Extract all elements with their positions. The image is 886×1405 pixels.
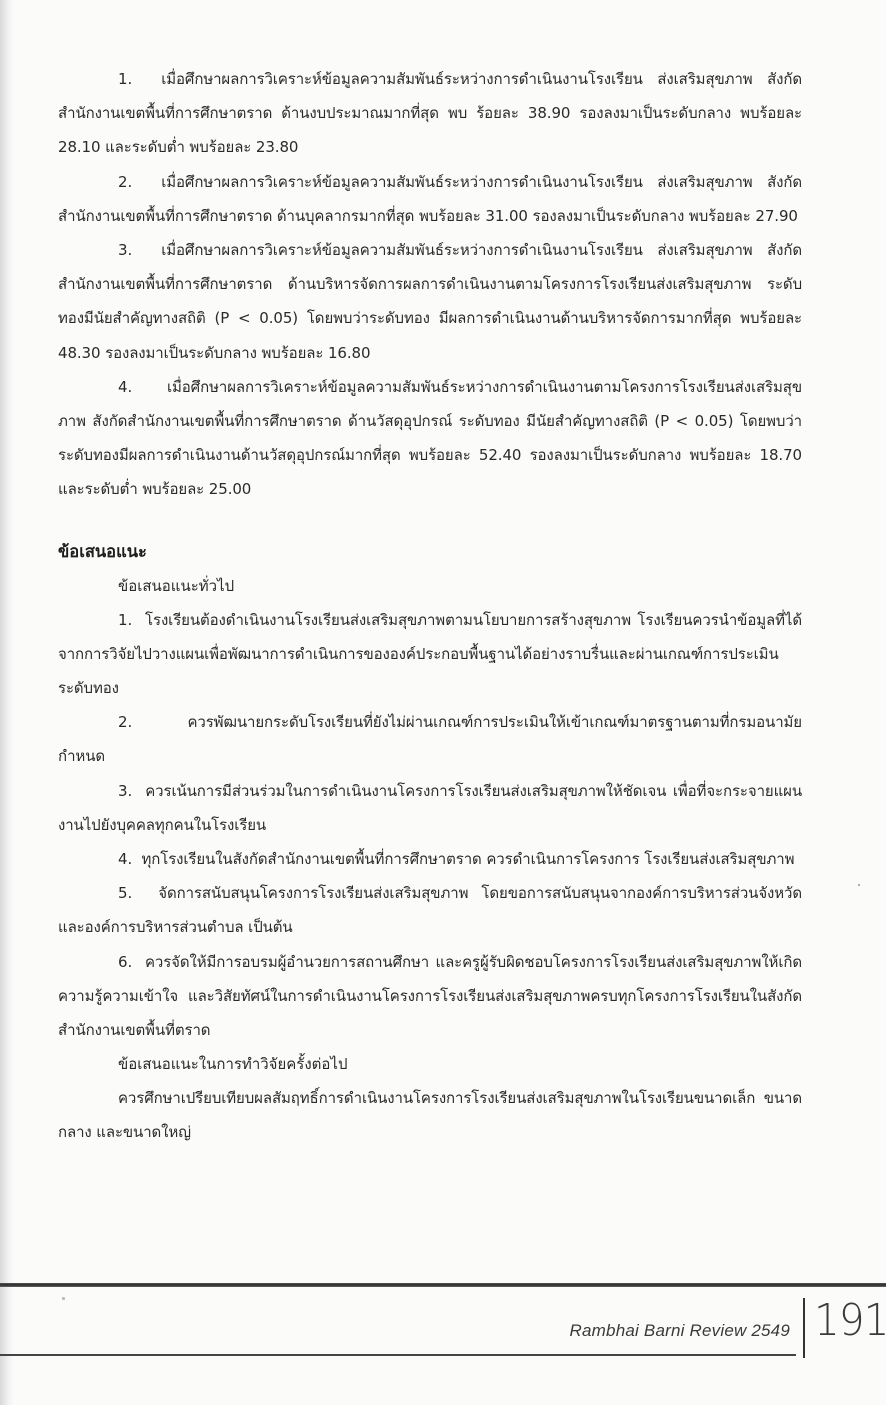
finding-number: 4.: [118, 378, 132, 396]
item-number: 1.: [118, 611, 132, 629]
finding-text: เมื่อศึกษาผลการวิเคราะห์ข้อมูลความสัมพัน…: [58, 378, 802, 499]
future-research-text: ควรศึกษาเปรียบเทียบผลสัมฤทธิ์การดำเนินงา…: [58, 1081, 802, 1149]
finding-paragraph-1: 1. เมื่อศึกษาผลการวิเคราะห์ข้อมูลความสัม…: [58, 62, 802, 165]
document-body: 1. เมื่อศึกษาผลการวิเคราะห์ข้อมูลความสัม…: [58, 62, 802, 1150]
recommendation-item-5: 5. จัดการสนับสนุนโครงการโรงเรียนส่งเสริม…: [58, 876, 802, 944]
scan-edge-shadow: [0, 0, 14, 1405]
item-text: ทุกโรงเรียนในสังกัดสำนักงานเขตพื้นที่การ…: [141, 850, 794, 868]
recommendations-heading: ข้อเสนอแนะ: [58, 535, 802, 569]
general-recommendations-heading: ข้อเสนอแนะทั่วไป: [58, 569, 802, 603]
finding-paragraph-3: 3. เมื่อศึกษาผลการวิเคราะห์ข้อมูลความสัม…: [58, 233, 802, 370]
finding-text: เมื่อศึกษาผลการวิเคราะห์ข้อมูลความสัมพัน…: [58, 70, 802, 156]
footer-divider: [803, 1298, 805, 1358]
scan-speck: [858, 884, 860, 886]
finding-text: เมื่อศึกษาผลการวิเคราะห์ข้อมูลความสัมพัน…: [58, 241, 802, 362]
recommendation-item-6: 6. ควรจัดให้มีการอบรมผู้อำนวยการสถานศึกษ…: [58, 945, 802, 1048]
recommendation-item-4: 4. ทุกโรงเรียนในสังกัดสำนักงานเขตพื้นที่…: [58, 842, 802, 876]
finding-paragraph-2: 2. เมื่อศึกษาผลการวิเคราะห์ข้อมูลความสัม…: [58, 165, 802, 233]
recommendation-item-2: 2. ควรพัฒนายกระดับโรงเรียนที่ยังไม่ผ่านเ…: [58, 705, 802, 773]
item-text: จัดการสนับสนุนโครงการโรงเรียนส่งเสริมสุข…: [58, 884, 802, 936]
item-number: 5.: [118, 884, 132, 902]
finding-paragraph-4: 4. เมื่อศึกษาผลการวิเคราะห์ข้อมูลความสัม…: [58, 370, 802, 507]
item-text: ควรพัฒนายกระดับโรงเรียนที่ยังไม่ผ่านเกณฑ…: [58, 713, 802, 765]
recommendation-item-1: 1. โรงเรียนต้องดำเนินงานโรงเรียนส่งเสริม…: [58, 603, 802, 706]
item-text: ควรเน้นการมีส่วนร่วมในการดำเนินงานโครงกา…: [58, 782, 802, 834]
scan-speck: [62, 1297, 65, 1300]
item-number: 6.: [118, 953, 132, 971]
footer-bottom-rule: [0, 1354, 796, 1356]
finding-text: เมื่อศึกษาผลการวิเคราะห์ข้อมูลความสัมพัน…: [58, 173, 802, 225]
item-text: โรงเรียนต้องดำเนินงานโรงเรียนส่งเสริมสุข…: [58, 611, 802, 697]
item-text: ควรจัดให้มีการอบรมผู้อำนวยการสถานศึกษา แ…: [58, 953, 802, 1039]
finding-number: 1.: [118, 70, 132, 88]
recommendation-item-3: 3. ควรเน้นการมีส่วนร่วมในการดำเนินงานโคร…: [58, 774, 802, 842]
journal-name: Rambhai Barni Review 2549: [570, 1321, 790, 1341]
item-number: 2.: [118, 713, 132, 731]
item-number: 4.: [118, 850, 132, 868]
page-number: 191: [814, 1295, 886, 1346]
future-research-heading: ข้อเสนอแนะในการทำวิจัยครั้งต่อไป: [58, 1047, 802, 1081]
item-number: 3.: [118, 782, 132, 800]
finding-number: 3.: [118, 241, 132, 259]
finding-number: 2.: [118, 173, 132, 191]
footer-top-rule: [0, 1283, 886, 1287]
